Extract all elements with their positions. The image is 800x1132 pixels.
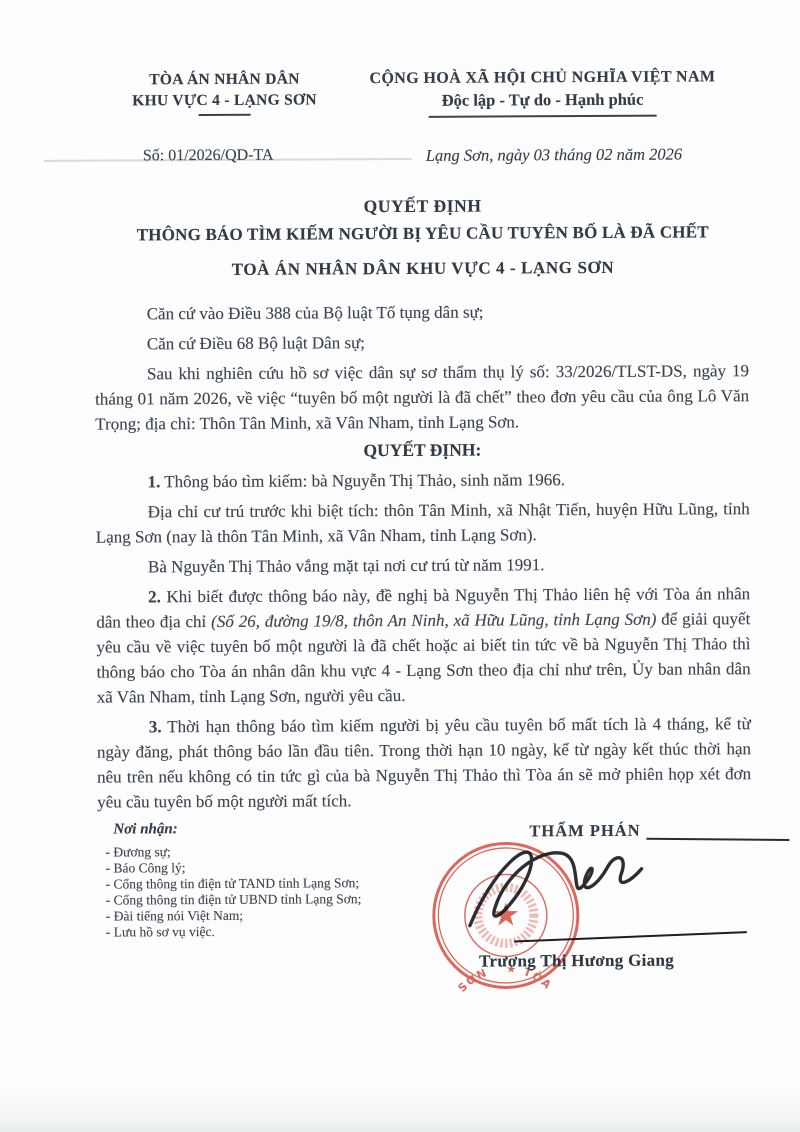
decision-title: QUYẾT ĐỊNH: [95, 194, 750, 218]
national-title: CỘNG HOÀ XÃ HỘI CHỦ NGHĨA VIỆT NAM: [333, 66, 751, 90]
document-header: TÒA ÁN NHÂN DÂN KHU VỰC 4 - LẠNG SƠN CỘN…: [0, 0, 798, 120]
recipients-list: - Đương sự; - Báo Công lý; - Cổng thông …: [105, 843, 361, 940]
document-body: Căn cứ vào Điều 388 của Bộ luật Tố tụng …: [0, 298, 800, 815]
signature-scrawl: [449, 826, 705, 947]
citation-paragraph-2: Căn cứ Điều 68 Bộ luật Dân sự;: [95, 328, 749, 356]
item-1-address-paragraph: Địa chỉ cư trú trước khi biệt tích: thôn…: [96, 496, 750, 549]
court-name-line2: KHU VỰC 4 - LẠNG SƠN: [116, 89, 334, 111]
preamble-paragraph: Sau khi nghiên cứu hồ sơ việc dân sự sơ …: [95, 358, 749, 436]
item-1-absence-paragraph: Bà Nguyễn Thị Thảo vắng mặt tại nơi cư t…: [96, 551, 750, 579]
decision-heading: QUYẾT ĐỊNH:: [95, 438, 749, 462]
item-3-number: 3.: [149, 717, 162, 736]
document-footer: Nơi nhận: - Đương sự; - Báo Công lý; - C…: [1, 804, 800, 1132]
motto-underline: [429, 115, 657, 118]
recipient-item: - Báo Công lý;: [106, 859, 362, 876]
document-sheet: TÒA ÁN NHÂN DÂN KHU VỰC 4 - LẠNG SƠN CỘN…: [0, 0, 800, 1132]
item-3-text: Thời hạn thông báo tìm kiếm người bị yêu…: [97, 714, 751, 811]
decision-subtitle: THÔNG BÁO TÌM KIẾM NGƯỜI BỊ YÊU CẦU TUYÊ…: [95, 222, 750, 245]
item-2-court-address-italic: (Số 26, đường 19/8, thôn An Ninh, xã Hữu…: [211, 610, 656, 631]
item-1-number: 1.: [148, 472, 161, 491]
item-1-text: Thông báo tìm kiếm: bà Nguyễn Thị Thảo, …: [160, 470, 565, 491]
document-number: Số: 01/2026/QD-TA: [143, 147, 274, 166]
citation-paragraph-1: Căn cứ vào Điều 388 của Bộ luật Tố tụng …: [95, 298, 749, 326]
number-date-row: Số: 01/2026/QD-TA Lạng Sơn, ngày 03 thán…: [0, 142, 798, 176]
national-motto-block: CỘNG HOÀ XÃ HỘI CHỦ NGHĨA VIỆT NAM Độc l…: [333, 66, 751, 118]
national-motto: Độc lập - Tự do - Hạnh phúc: [334, 88, 752, 112]
item-2-paragraph: 2. Khi biết được thông báo này, đề nghị …: [96, 581, 751, 709]
title-block: QUYẾT ĐỊNH THÔNG BÁO TÌM KIẾM NGƯỜI BỊ Y…: [0, 194, 798, 281]
place-dateline: Lạng Sơn, ngày 03 tháng 02 năm 2026: [426, 145, 682, 166]
recipient-item: - Đài tiếng nói Việt Nam;: [106, 907, 362, 924]
signer-name: Trương Thị Hương Giang: [479, 951, 674, 972]
recipient-item: - Cổng thông tin điện tử UBND tỉnh Lạng …: [106, 891, 362, 908]
item-2-number: 2.: [148, 587, 161, 606]
scan-bottom-shadow: [0, 1090, 800, 1132]
court-underline: [199, 114, 251, 116]
recipient-item: - Cổng thông tin điện tử TAND tỉnh Lạng …: [106, 875, 362, 892]
item-1-paragraph: 1. Thông báo tìm kiếm: bà Nguyễn Thị Thả…: [95, 466, 749, 494]
item-3-paragraph: 3. Thời hạn thông báo tìm kiếm người bị …: [97, 711, 752, 814]
issuing-court-block: TÒA ÁN NHÂN DÂN KHU VỰC 4 - LẠNG SƠN: [115, 68, 333, 119]
recipients-title: Nơi nhận:: [113, 821, 177, 838]
court-name-line1: TÒA ÁN NHÂN DÂN: [115, 68, 333, 90]
recipient-item: - Lưu hồ sơ vụ việc.: [106, 923, 362, 940]
scanned-court-decision-page: TÒA ÁN NHÂN DÂN KHU VỰC 4 - LẠNG SƠN CỘN…: [0, 0, 800, 1132]
recipient-item: - Đương sự;: [105, 843, 361, 860]
court-title-line: TOÀ ÁN NHÂN DÂN KHU VỰC 4 - LẠNG SƠN: [95, 257, 750, 280]
